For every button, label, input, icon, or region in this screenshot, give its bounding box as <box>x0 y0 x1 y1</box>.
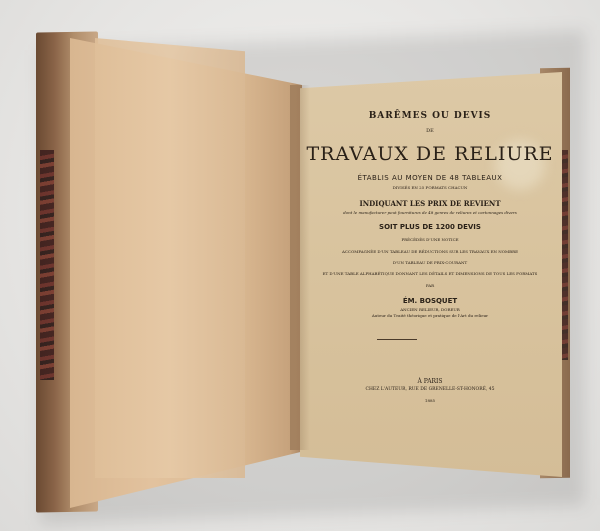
publisher-line: CHEZ L'AUTEUR, RUE DE GRENELLE-ST-HONORÉ… <box>300 387 560 392</box>
place-line: À PARIS <box>300 378 560 385</box>
author-sub2: Auteur du Traité théorique et pratique d… <box>300 313 560 318</box>
main-title: TRAVAUX DE RELIURE <box>300 143 560 165</box>
precede-line: PRÉCÉDÉS D'UNE NOTICE <box>300 237 560 242</box>
marbled-board-left <box>40 150 54 380</box>
prix-small-line: dont le manufacturer peut fournitures de… <box>300 210 560 215</box>
par-line: PAR <box>300 283 560 288</box>
year-line: 1885 <box>300 398 560 403</box>
flyleaf <box>95 38 245 478</box>
author-sub1: ANCIEN RELIEUR, DOREUR <box>300 307 560 312</box>
notice-line2: D'UN TABLEAU DE PRIX-COURANT <box>300 260 560 265</box>
notice-line3: ET D'UNE TABLE ALPHABÉTIQUE DONNANT LES … <box>300 271 560 276</box>
prix-line: INDIQUANT LES PRIX DE REVIENT <box>300 199 560 208</box>
author-name: ÉM. BOSQUET <box>300 297 560 305</box>
subtitle-small: DIVISÉS EN 25 FORMATS CHACUN <box>300 185 560 190</box>
devis-line: SOIT PLUS DE 1200 DEVIS <box>300 223 560 231</box>
title-line1: BARÊMES OU DEVIS <box>300 111 560 121</box>
book-gutter <box>290 85 310 450</box>
divider-rule <box>377 339 417 340</box>
notice-line1: ACCOMPAGNÉE D'UN TABLEAU DE RÉDUCTIONS S… <box>300 249 560 254</box>
subtitle: ÉTABLIS AU MOYEN DE 48 TABLEAUX <box>300 174 560 182</box>
title-line2: DE <box>300 128 560 134</box>
